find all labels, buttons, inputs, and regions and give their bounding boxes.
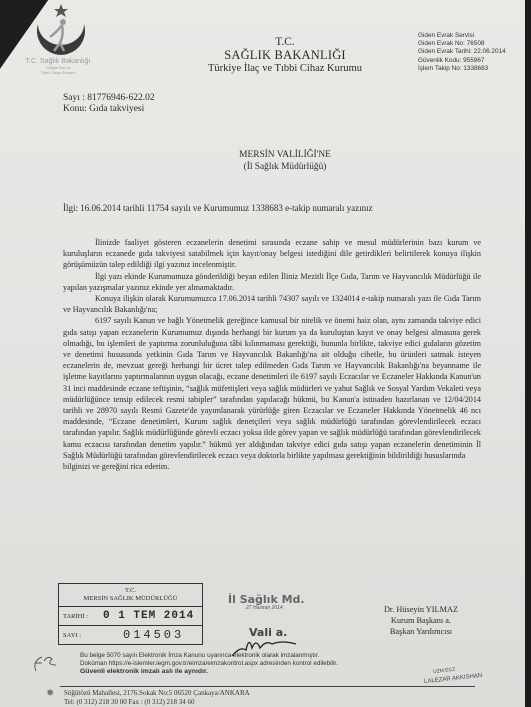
paragraph-4: 6197 sayılı Kanun ve bağlı Yönetmelik ge…: [63, 315, 481, 461]
related-reference: İlgi: 16.06.2014 tarihli 11754 sayılı ve…: [63, 203, 373, 213]
stamp-number-label: SAYI :: [63, 632, 103, 639]
esign-line-2: Doküman https://e-islemler.iegm.gov.tr/e…: [80, 660, 338, 668]
addressee-line-1: MERSİN VALİLİĞİ'NE: [180, 150, 390, 162]
security-code: Güvenlik Kodu: 955967: [418, 57, 506, 65]
electronic-signature-notice: Bu belge 5070 sayılı Elektronik İmza Kan…: [80, 652, 338, 676]
initials-title: UZM ECZ: [433, 667, 456, 675]
handwritten-margin-note-icon: [30, 653, 58, 675]
document-meta: Sayı : 81776946-622.02 Konu: Gıda takviy…: [63, 93, 155, 115]
outgoing-doc-no: Giden Evrak No: 76508: [418, 40, 506, 48]
logo-caption: T.C. Sağlık Bakanlığı Türkiye İlaç ve Tı…: [18, 58, 98, 75]
seal-date: 27 Haziran 2014: [246, 605, 283, 611]
outgoing-document-info: Giden Evrak Servisi Giden Evrak No: 7650…: [418, 32, 506, 73]
header-ministry: SAĞLIK BAKANLIĞI: [165, 49, 405, 62]
tracking-no: İşlem Takip No: 1338683: [418, 65, 506, 73]
stamp-date-value: 0 1 TEM 2014: [103, 610, 194, 622]
signer-title-1: Kurum Başkanı a.: [366, 615, 476, 626]
stamp-tc: T.C.: [125, 587, 136, 595]
letterhead: T.C. SAĞLIK BAKANLIĞI Türkiye İlaç ve Tı…: [165, 36, 405, 75]
stamp-date-label: TARİHİ :: [63, 613, 103, 620]
scanned-letter-page: T.C. Sağlık Bakanlığı Türkiye İlaç ve Tı…: [0, 0, 525, 707]
outgoing-service: Giden Evrak Servisi: [418, 32, 506, 40]
footer: Söğütözü Mahallesi, 2176.Sokak No:5 0652…: [64, 689, 250, 707]
reference-number: Sayı : 81776946-622.02: [63, 93, 155, 104]
stamp-number-value: 014503: [123, 628, 184, 642]
stamp-office: MERSİN SAĞLIK MÜDÜRLÜĞÜ: [84, 595, 178, 603]
header-institution: Türkiye İlaç ve Tıbbi Cihaz Kurumu: [165, 62, 405, 75]
paragraph-3: Konuya ilişkin olarak Kurumumuzca 17.06.…: [63, 293, 481, 315]
paragraph-1: İlinizde faaliyet gösteren eczanelerin d…: [63, 237, 481, 271]
scan-edge: [525, 0, 531, 707]
paragraph-2: İlgi yazı ekinde Kurumumuza gönderildiği…: [63, 271, 481, 293]
esign-line-3: Güvenli elektronik imzalı aslı ile aynıd…: [80, 668, 208, 675]
signer-block: Dr. Hüseyin YILMAZ Kurum Başkanı a. Başk…: [366, 604, 476, 637]
addressee: MERSİN VALİLİĞİ'NE (İl Sağlık Müdürlüğü): [180, 150, 390, 173]
signer-title-2: Başkan Yardımcısı: [366, 626, 476, 637]
esign-line-1: Bu belge 5070 sayılı Elektronik İmza Kan…: [80, 652, 338, 660]
letter-body: İlinizde faaliyet gösteren eczanelerin d…: [63, 237, 481, 472]
footer-divider: [60, 686, 475, 687]
closing-line: bilginizi ve gereğini rica ederim.: [63, 461, 481, 472]
receipt-stamp: T.C. MERSİN SAĞLIK MÜDÜRLÜĞÜ TARİHİ : 0 …: [58, 583, 203, 645]
subject: Konu: Gıda takviyesi: [63, 104, 155, 115]
addressee-line-2: (İl Sağlık Müdürlüğü): [180, 162, 390, 174]
pharmacist-initials: UZM ECZ LALEZAR AKKISHAN: [424, 673, 483, 685]
signer-name: Dr. Hüseyin YILMAZ: [366, 604, 476, 615]
star-logo-icon: ✸: [46, 688, 54, 699]
footer-address: Söğütözü Mahallesi, 2176.Sokak No:5 0652…: [64, 689, 250, 698]
outgoing-doc-date: Giden Evrak Tarihi: 22.06.2014: [418, 48, 506, 56]
footer-phone: Tel: (0 312) 218 30 00 Fax : (0 312) 218…: [64, 698, 250, 707]
